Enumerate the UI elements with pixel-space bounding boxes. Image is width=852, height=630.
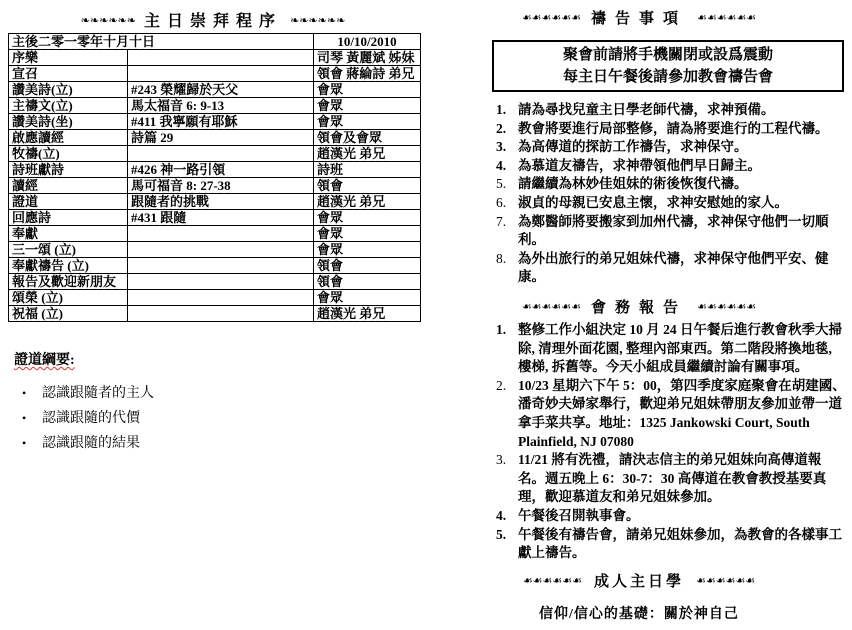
order-item-cell: 讚美詩(坐) (9, 114, 128, 130)
order-detail-cell (128, 226, 314, 242)
sermon-outline-list: •認識跟隨者的主人•認識跟隨的代價•認識跟隨的結果 (22, 381, 154, 456)
report-items-list: 1.整修工作小組決定 10 月 24 日午餐后進行教會秋季大掃除, 清理外面花園… (496, 321, 846, 563)
table-row: 牧禱(立)趙漢光 弟兄 (9, 146, 421, 162)
bullet-icon: • (22, 431, 42, 455)
notice-line-2: 每主日午餐後請參加教會禱告會 (494, 66, 842, 88)
order-item-cell: 證道 (9, 194, 128, 210)
order-item-cell: 序樂 (9, 50, 128, 66)
cell-text: 詩班獻詩 (12, 162, 64, 177)
cell-text: 讀經 (12, 178, 38, 193)
item-text: 為高傳道的探訪工作禱告，求神保守。 (518, 138, 846, 157)
order-item-cell: 宣召 (9, 66, 128, 82)
prayer-item: 4.為慕道友禱告，求神帶領他們早日歸主。 (496, 157, 846, 176)
worship-order-title: ❧❧❧❧❧❧主日崇拜程序❧❧❧❧❧❧ (0, 8, 426, 31)
cell-text: 會眾 (317, 226, 343, 241)
report-item: 1.整修工作小組決定 10 月 24 日午餐后進行教會秋季大掃除, 清理外面花園… (496, 321, 846, 377)
order-person-cell: 會眾 (314, 226, 421, 242)
ornament-icon: ❧❧❧❧❧❧ (290, 14, 345, 27)
ornament-icon: ☙☙☙☙☙☙ (696, 574, 755, 587)
order-person-cell: 領會 蔣綸詩 弟兄 (314, 66, 421, 82)
cell-text: 會眾 (317, 82, 343, 97)
cell-text: #243 榮耀歸於天父 (131, 82, 238, 97)
cell-text: 主後二零一零年十月十日 (12, 34, 155, 49)
order-detail-cell: #243 榮耀歸於天父 (128, 82, 314, 98)
report-section-title: 會務報告 (591, 300, 687, 316)
item-text: 淑貞的母親已安息主懷，求神安慰她的家人。 (518, 194, 846, 213)
table-row: 三一頌 (立)會眾 (9, 242, 421, 258)
order-person-cell: 會眾 (314, 114, 421, 130)
order-person-cell: 會眾 (314, 210, 421, 226)
cell-text: 領會 (317, 274, 343, 289)
cell-text: 奉獻 (12, 226, 38, 241)
prayer-item: 6.淑貞的母親已安息主懷，求神安慰她的家人。 (496, 194, 846, 213)
ornament-icon: ❧❧❧❧❧❧ (81, 14, 136, 27)
order-item-cell: 頌榮 (立) (9, 290, 128, 306)
outline-bullet-item: •認識跟隨的結果 (22, 431, 154, 456)
ornament-icon: ☙☙☙☙☙☙ (522, 11, 581, 24)
order-detail-cell: 馬太福音 6: 9-13 (128, 98, 314, 114)
order-person-cell: 領會 (314, 274, 421, 290)
table-row: 頌榮 (立)會眾 (9, 290, 421, 306)
worship-order-page: ❧❧❧❧❧❧主日崇拜程序❧❧❧❧❧❧ 主後二零一零年十月十日10/10/2010… (0, 0, 426, 630)
prayer-item: 8.為外出旅行的弟兄姐妹代禱，求神保守他們平安、健康。 (496, 250, 846, 287)
ornament-icon: ☙☙☙☙☙☙ (697, 300, 756, 313)
order-person-cell: 會眾 (314, 290, 421, 306)
cell-text: 領會 蔣綸詩 弟兄 (317, 66, 415, 81)
item-text: 午餐後召開執事會。 (518, 507, 846, 526)
order-person-cell: 10/10/2010 (314, 34, 421, 50)
order-detail-cell (128, 290, 314, 306)
outline-bullet-text: 認識跟隨者的主人 (42, 386, 154, 401)
cell-text: #411 我寧願有耶穌 (131, 114, 238, 129)
cell-text: 趙漢光 弟兄 (317, 146, 385, 161)
item-text: 為鄭醫師將要搬家到加州代禱，求神保守他們一切順利。 (518, 213, 846, 250)
cell-text: 馬可福音 8: 27-38 (131, 178, 231, 193)
order-detail-cell: #426 神一路引領 (128, 162, 314, 178)
cell-text: 跟隨者的挑戰 (131, 194, 209, 209)
prayer-item: 5.請繼續為林妙佳姐妹的術後恢復代禱。 (496, 175, 846, 194)
table-row: 序樂司琴 黃麗斌 姊妹 (9, 50, 421, 66)
cell-text: 領會 (317, 258, 343, 273)
cell-text: 宣召 (12, 66, 38, 81)
cell-text: 會眾 (317, 210, 343, 225)
table-row: 啟應讀經詩篇 29領會及會眾 (9, 130, 421, 146)
cell-text: 奉獻禱告 (立) (12, 258, 89, 273)
order-detail-cell: 詩篇 29 (128, 130, 314, 146)
outline-bullet-item: •認識跟隨的代價 (22, 406, 154, 431)
cell-text: 讚美詩(坐) (12, 114, 73, 129)
cell-text: #431 跟隨 (131, 210, 186, 225)
item-number: 4. (496, 507, 518, 526)
order-item-cell: 祝福 (立) (9, 306, 128, 322)
order-detail-cell (128, 66, 314, 82)
table-row: 宣召領會 蔣綸詩 弟兄 (9, 66, 421, 82)
item-number: 5. (496, 526, 518, 563)
cell-text: 頌榮 (立) (12, 290, 63, 305)
order-person-cell: 趙漢光 弟兄 (314, 194, 421, 210)
bullet-icon: • (22, 406, 42, 430)
order-detail-cell (128, 242, 314, 258)
order-person-cell: 領會及會眾 (314, 130, 421, 146)
report-item: 5.午餐後有禱告會，請弟兄姐妹參加，為教會的各樣事工獻上禱告。 (496, 526, 846, 563)
table-row: 讀經馬可福音 8: 27-38領會 (9, 178, 421, 194)
order-person-cell: 趙漢光 弟兄 (314, 146, 421, 162)
item-text: 10/23 星期六下午 5：00，第四季度家庭聚會在胡建國、潘奇妙夫婦家舉行，歡… (518, 377, 846, 451)
item-number: 3. (496, 138, 518, 157)
item-text: 請為尋找兒童主日學老師代禱，求神預備。 (518, 101, 846, 120)
notice-line-1: 聚會前請將手機關閉或設爲震動 (494, 44, 842, 66)
item-text: 午餐後有禱告會，請弟兄姐妹參加，為教會的各樣事工獻上禱告。 (518, 526, 846, 563)
cell-text: 報告及歡迎新朋友 (12, 274, 116, 289)
order-item-cell: 回應詩 (9, 210, 128, 226)
cell-text: 趙漢光 弟兄 (317, 306, 385, 321)
ornament-icon: ☙☙☙☙☙☙ (522, 300, 581, 313)
item-text: 整修工作小組決定 10 月 24 日午餐后進行教會秋季大掃除, 清理外面花園, … (518, 321, 846, 377)
adult-sunday-school-title: 成人主日學 (594, 574, 684, 590)
cell-text: 領會 (317, 178, 343, 193)
report-section-header: ☙☙☙☙☙☙會務報告☙☙☙☙☙☙ (426, 296, 852, 317)
order-item-cell: 詩班獻詩 (9, 162, 128, 178)
announcements-page: ☙☙☙☙☙☙禱告事項☙☙☙☙☙☙ 聚會前請將手機關閉或設爲震動 每主日午餐後請參… (426, 0, 852, 630)
cell-text: 10/10/2010 (337, 34, 396, 49)
cell-text: 詩篇 29 (131, 130, 173, 145)
cell-text: 趙漢光 弟兄 (317, 194, 385, 209)
sermon-outline-heading: 證道綱要: (14, 349, 75, 369)
order-detail-cell: #411 我寧願有耶穌 (128, 114, 314, 130)
ornament-icon: ☙☙☙☙☙☙ (697, 11, 756, 24)
cell-text: 馬太福音 6: 9-13 (131, 98, 224, 113)
order-person-cell: 會眾 (314, 82, 421, 98)
order-item-cell: 主禱文(立) (9, 98, 128, 114)
item-text: 請繼續為林妙佳姐妹的術後恢復代禱。 (518, 175, 846, 194)
table-row: 奉獻禱告 (立)領會 (9, 258, 421, 274)
order-detail-cell: #431 跟隨 (128, 210, 314, 226)
order-item-cell: 奉獻禱告 (立) (9, 258, 128, 274)
cell-text: 牧禱(立) (12, 146, 60, 161)
order-detail-cell (128, 274, 314, 290)
order-item-cell: 啟應讀經 (9, 130, 128, 146)
order-item-cell: 三一頌 (立) (9, 242, 128, 258)
table-row: 證道跟隨者的挑戰趙漢光 弟兄 (9, 194, 421, 210)
table-row: 回應詩#431 跟隨會眾 (9, 210, 421, 226)
order-person-cell: 趙漢光 弟兄 (314, 306, 421, 322)
table-row: 詩班獻詩#426 神一路引領詩班 (9, 162, 421, 178)
prayer-item: 7.為鄭醫師將要搬家到加州代禱，求神保守他們一切順利。 (496, 213, 846, 250)
lesson-topic-line: 信仰/信心的基礎：關於神自己 (426, 603, 852, 623)
item-number: 1. (496, 101, 518, 120)
item-number: 6. (496, 194, 518, 213)
item-text: 為慕道友禱告，求神帶領他們早日歸主。 (518, 157, 846, 176)
order-item-cell: 主後二零一零年十月十日 (9, 34, 314, 50)
item-text: 11/21 將有洗禮，請決志信主的弟兄姐妹向高傳道報名。週五晚上 6：30-7：… (518, 451, 846, 507)
item-number: 5. (496, 175, 518, 194)
table-row: 祝福 (立)趙漢光 弟兄 (9, 306, 421, 322)
cell-text: 詩班 (317, 162, 343, 177)
order-person-cell: 詩班 (314, 162, 421, 178)
item-number: 8. (496, 250, 518, 287)
report-item: 3.11/21 將有洗禮，請決志信主的弟兄姐妹向高傳道報名。週五晚上 6：30-… (496, 451, 846, 507)
cell-text: 序樂 (12, 50, 38, 65)
worship-order-table: 主後二零一零年十月十日10/10/2010序樂司琴 黃麗斌 姊妹宣召領會 蔣綸詩… (8, 33, 421, 322)
order-detail-cell (128, 146, 314, 162)
report-item: 4.午餐後召開執事會。 (496, 507, 846, 526)
cell-text: 主禱文(立) (12, 98, 73, 113)
cell-text: 領會及會眾 (317, 130, 382, 145)
order-item-cell: 讀經 (9, 178, 128, 194)
table-row: 讚美詩(坐)#411 我寧願有耶穌會眾 (9, 114, 421, 130)
cell-text: 會眾 (317, 290, 343, 305)
item-text: 為外出旅行的弟兄姐妹代禱，求神保守他們平安、健康。 (518, 250, 846, 287)
order-person-cell: 領會 (314, 258, 421, 274)
order-person-cell: 司琴 黃麗斌 姊妹 (314, 50, 421, 66)
item-number: 1. (496, 321, 518, 377)
cell-text: 祝福 (立) (12, 306, 63, 321)
outline-bullet-item: •認識跟隨者的主人 (22, 381, 154, 406)
outline-bullet-text: 認識跟隨的代價 (42, 411, 140, 426)
order-detail-cell (128, 258, 314, 274)
report-item: 2.10/23 星期六下午 5：00，第四季度家庭聚會在胡建國、潘奇妙夫婦家舉行… (496, 377, 846, 451)
cell-text: 司琴 黃麗斌 姊妹 (317, 50, 415, 65)
prayer-items-list: 1.請為尋找兒童主日學老師代禱，求神預備。2.教會將要進行局部整修，請為將要進行… (496, 101, 846, 287)
item-text: 教會將要進行局部整修，請為將要進行的工程代禱。 (518, 120, 846, 139)
order-detail-cell: 跟隨者的挑戰 (128, 194, 314, 210)
order-person-cell: 領會 (314, 178, 421, 194)
bullet-icon: • (22, 381, 42, 405)
order-detail-cell (128, 306, 314, 322)
cell-text: 啟應讀經 (12, 130, 64, 145)
outline-bullet-text: 認識跟隨的結果 (42, 436, 140, 451)
cell-text: 會眾 (317, 114, 343, 129)
item-number: 2. (496, 120, 518, 139)
table-row: 讚美詩(立)#243 榮耀歸於天父會眾 (9, 82, 421, 98)
prayer-section-header: ☙☙☙☙☙☙禱告事項☙☙☙☙☙☙ (426, 7, 852, 28)
ornament-icon: ☙☙☙☙☙☙ (523, 574, 582, 587)
notice-box: 聚會前請將手機關閉或設爲震動 每主日午餐後請參加教會禱告會 (492, 40, 844, 92)
cell-text: 讚美詩(立) (12, 82, 73, 97)
cell-text: 會眾 (317, 98, 343, 113)
prayer-item: 3.為高傳道的探訪工作禱告，求神保守。 (496, 138, 846, 157)
table-row: 主後二零一零年十月十日10/10/2010 (9, 34, 421, 50)
prayer-item: 2.教會將要進行局部整修，請為將要進行的工程代禱。 (496, 120, 846, 139)
cell-text: 三一頌 (立) (12, 242, 76, 257)
order-item-cell: 讚美詩(立) (9, 82, 128, 98)
worship-order-table-body: 主後二零一零年十月十日10/10/2010序樂司琴 黃麗斌 姊妹宣召領會 蔣綸詩… (9, 34, 421, 322)
order-item-cell: 報告及歡迎新朋友 (9, 274, 128, 290)
cell-text: 會眾 (317, 242, 343, 257)
table-row: 報告及歡迎新朋友領會 (9, 274, 421, 290)
order-detail-cell: 馬可福音 8: 27-38 (128, 178, 314, 194)
item-number: 7. (496, 213, 518, 250)
order-person-cell: 會眾 (314, 98, 421, 114)
cell-text: 證道 (12, 194, 38, 209)
cell-text: #426 神一路引領 (131, 162, 225, 177)
order-item-cell: 奉獻 (9, 226, 128, 242)
item-number: 2. (496, 377, 518, 451)
cell-text: 回應詩 (12, 210, 51, 225)
order-detail-cell (128, 50, 314, 66)
order-item-cell: 牧禱(立) (9, 146, 128, 162)
prayer-item: 1.請為尋找兒童主日學老師代禱，求神預備。 (496, 101, 846, 120)
table-row: 主禱文(立)馬太福音 6: 9-13會眾 (9, 98, 421, 114)
order-person-cell: 會眾 (314, 242, 421, 258)
page-title: 主日崇拜程序 (144, 13, 282, 30)
prayer-section-title: 禱告事項 (591, 11, 687, 27)
item-number: 4. (496, 157, 518, 176)
item-number: 3. (496, 451, 518, 507)
table-row: 奉獻會眾 (9, 226, 421, 242)
adult-sunday-school-header: ☙☙☙☙☙☙成人主日學☙☙☙☙☙☙ (426, 570, 852, 591)
